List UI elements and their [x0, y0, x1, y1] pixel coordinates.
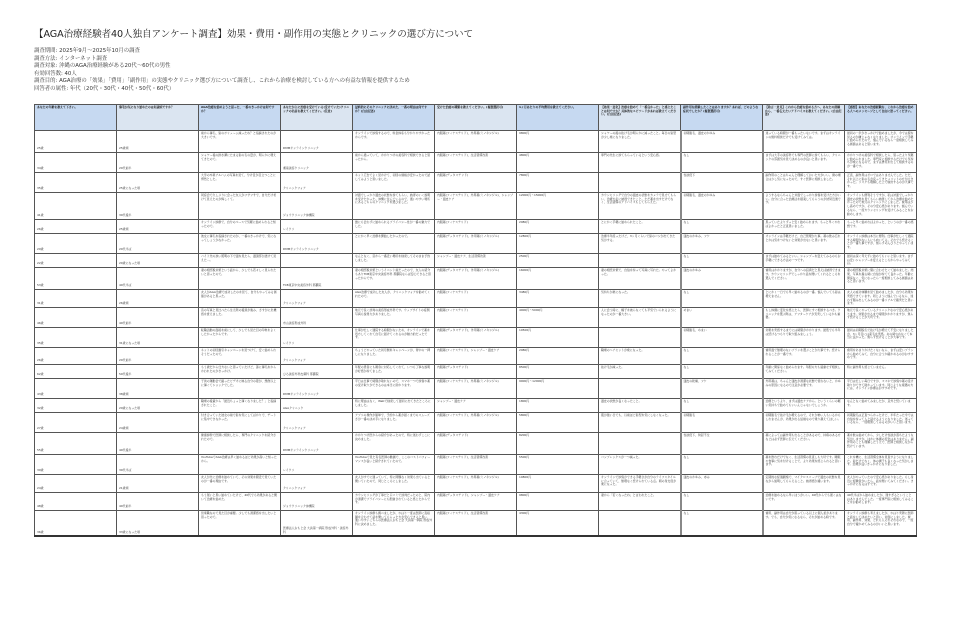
table-cell: 25歳 [35, 131, 117, 153]
table-cell: オンライン診療で、自分のペースで気軽に始められると知ったので。 [199, 220, 281, 234]
table-row: 43歳38歳頃子供の運動会で撮ったビデオに映る自分の姿が、想像以上に薄くてショッ… [35, 378, 917, 398]
table-cell: 31歳になった頃 [117, 327, 199, 347]
table-cell: 9800円 [517, 131, 599, 153]
table-cell: 費用面で無理のないプランを選ぶことが大事です。続けられることが一番です。 [763, 347, 845, 364]
table-cell: 友人がやっていたので安心感がありました。もし身近に経験者がいたら、話を聞いてみて… [845, 474, 917, 492]
table-cell: とにかく早く治療を開始したかったので。 [353, 234, 435, 254]
table-cell: バイト先の狭い照明の下で頭を見たら、頭頂部が透けて見えた…。 [199, 254, 281, 268]
table-cell: なし [681, 290, 763, 308]
table-cell: もう遅いと思い始めていたけど、40代でも効果があると聞いて治療を始めた。 [199, 492, 281, 510]
table-cell: 26歳 [35, 347, 117, 364]
table-cell: 32歳 [35, 398, 117, 412]
table-cell: 10500円 [517, 327, 599, 347]
table-cell: 前から薄毛、髪のボリューム減ったね？と指摘されたのが大きいです。 [199, 131, 281, 153]
table-cell: シャンプー・頭皮ケア、生活習慣改善 [435, 254, 517, 268]
table-cell: 治療というより、まずは頭皮ケアから。というくらいの軽い気持ちで始めてもいいんじゃ… [763, 398, 845, 412]
table-cell: DMMオンラインクリニック [281, 234, 353, 254]
table-cell: 5500円 [517, 454, 599, 474]
table-row: 46歳40代前半昔の写真と見比べたら生え際の後退が進み、さすがに危機感を覚えまし… [35, 307, 917, 327]
table-cell: 内服薬(フィナステリド)、外用薬(ミノキシジル) [435, 412, 517, 432]
table-cell: 営業職なので見た目が重要。少しでも清潔感を出したいと思ったので。 [199, 510, 281, 536]
table-cell: 内服薬(フィナステリド)、生活習慣改善 [435, 153, 517, 173]
table-cell: 39歳 [35, 454, 117, 474]
table-row: 22歳20歳になった頃バイト先の狭い照明の下で頭を見たら、頭頂部が透けて見えた…… [35, 254, 917, 268]
table-cell: 年配の患者にも親身に対応してくれて、いつも丁寧な説明が好感が持てました。 [353, 364, 435, 378]
table-row: 25歳25歳頃前から薄毛、髪のボリューム減ったね？と指摘されたのが大きいです。D… [35, 131, 917, 153]
table-cell: 46歳 [35, 307, 117, 327]
table-cell: AGA治療で成功した友人が、クリニックフォアを勧めてくれたので。 [353, 290, 435, 308]
table-cell: 専門の先生に診てもらっているという安心感。 [599, 153, 681, 173]
table-cell: 内服薬(フィナステリド)、シャンプー・頭皮ケア [435, 347, 517, 364]
table-cell: オンラインで診察ができる手軽さが自分のライフスタイルに合っていて、無理なく続けら… [599, 474, 681, 492]
table-cell: 8500円 [517, 364, 599, 378]
table-cell: なし [681, 510, 763, 536]
table-cell: 友人がAGA治療で成功したのを見て、自分もやってみる価値があると思った。 [199, 290, 281, 308]
table-cell: シャンプー・頭皮ケア [435, 398, 517, 412]
table-cell: クリニックフォア [281, 290, 353, 308]
table-cell: 最初は深く考えずに始めてもいいと思います。まずは安いシャンプーを変えるところから… [845, 254, 917, 268]
table-cell: オンライン診療は本当に便利。仕事が忙しくて通院する時間がない人にも向いてる。それ… [845, 234, 917, 254]
table-cell: 24歳 [35, 474, 117, 492]
table-cell: 8200円 [517, 432, 599, 454]
table-cell: 24歳頃 [117, 412, 199, 432]
table-cell: 25歳頃 [117, 131, 199, 153]
table-cell: 53歳 [35, 268, 117, 290]
table-cell: 初期脱毛 [681, 412, 763, 432]
table-cell: なし [681, 492, 763, 510]
table-cell: なし [681, 347, 763, 364]
table-cell: 20代前半 [117, 153, 199, 173]
table-cell: オンラインも便利そうですが、私は対面でしっかり頭皮の状態を見てもらい納得してから… [845, 193, 917, 220]
table-cell: 9800円 [517, 492, 599, 510]
table-row: 53歳40代半ば妻の相続税対策という話から、少しでも若々しく見られたいと思ったの… [35, 268, 917, 290]
table-cell: 治療半年経ったけど、3ヶ月くらいで髪のコシが出てきた気がする。 [599, 234, 681, 254]
table-cell: 20代前半 [117, 347, 199, 364]
column-header: 最終的にそのクリニックに決めた、一番の理由は何ですか？(自由記述) [353, 105, 435, 131]
table-cell: 4000円～5000円 [517, 307, 599, 327]
table-cell: ネットの初回割引キャンペーンを見つけて、安く始められそうだったので。 [199, 347, 281, 364]
table-cell: 付き合っていた彼女の前で髪を気にしてばかりで、デートに集中できなかった。 [199, 412, 281, 432]
table-cell: 48歳 [35, 492, 117, 510]
table-cell: 思っていたよりずっと安く始められます。もっと早くやればよかったと正直思いました。 [763, 220, 845, 234]
table-cell: 4300円 [517, 510, 599, 536]
table-cell: 内服薬(デュタステリド) [435, 173, 517, 193]
table-cell: 40代半ば [117, 268, 199, 290]
table-row: 24歳21歳頃友人が先に治療を始めていて、その効果を間近で見ていたのが一番の理由… [35, 474, 917, 492]
table-cell: 費用、副作用は自分が思っている以上に個人差があります。でも、自分が気になるなら、… [763, 510, 845, 536]
table-cell: 職場のヘアセットが楽になった。 [599, 347, 681, 364]
table-cell: 内服薬(デュタステリド)、外用薬(ミノキシジル) [435, 268, 517, 290]
table-cell: 友人の成功体験を見て始めましたが、自分も効果を実感できています。同じように悩んで… [845, 290, 917, 308]
table-cell: 内服薬(フィナステリド) [435, 290, 517, 308]
table-cell: 内服薬(フィナステリド)、外用薬(ミノキシジル) [435, 131, 517, 153]
table-cell: 対面でしっかり頭皮の状態を診てもらい、納得のいく説明を受けたかった。沖縄に住んで… [353, 193, 435, 220]
table-row: 27歳24歳頃付き合っていた彼女の前で髪を気にしてばかりで、デートに集中できなか… [35, 412, 917, 432]
table-cell: 定期的な経過観察で、マイクロスコープで頭皮の状態を見ながら説明してもらえること。… [763, 474, 845, 492]
table-cell: 40代後半 [117, 432, 199, 454]
table-row: 39歳30代半ばYouTubeでAGA治療は早く始めるほど効果が高いと知ったから… [35, 454, 917, 474]
table-cell: ネット広告でよく見かけて、初回の価格が安かったので試してみようと思いました。 [353, 173, 435, 193]
table-row: 36歳33歳になった頃営業職なので見た目が重要。少しでも清潔感を出したいと思った… [35, 510, 917, 536]
table-cell: 人に会う時に、帽子を被らなくても平気でいられるようになったのが一番大きい。 [599, 307, 681, 327]
page-title: 【AGA治療経験者40人独自アンケート調査】効果・費用・副作用の実態とクリニック… [34, 26, 473, 40]
table-cell: 性欲低下、勃起不全 [681, 432, 763, 454]
table-row: 41歳30代後半同窓会で久しぶりに会った友人がフサフサで、自分だけ老けて見えたの… [35, 193, 917, 220]
table-cell: 62歳 [35, 364, 117, 378]
table-cell: 35歳 [35, 327, 117, 347]
table-cell: オンラインは手軽だけど、自己管理が大事。薬の飲み忘れとかは気をつけないと効果が出… [763, 234, 845, 254]
table-row: 31歳26歳頃友人がAGA治療で成功したのを見て、自分もやってみる価値があると思… [35, 290, 917, 308]
table-cell: もし体調に変化を感じたら、医師にすぐ相談するべき。クリニックを選ぶ際は、アフター… [763, 307, 845, 327]
column-header: あなたが主に治療を受けている(受けていた)クリニックの名前を教えてください。(任… [281, 105, 353, 131]
table-cell: カウンセリングで自分の頭皮の状態をカメラで見せてもらい、治療方針に納得できたこと… [599, 193, 681, 220]
table-cell: もう歳だから仕方ないと思っていたけど、孫に薄毛をからかわれたのがきっかけ。 [199, 364, 281, 378]
table-row: 35歳31歳になった頃転職活動の面接を前にして、少しでも見た目の印象をよくしたか… [35, 327, 917, 347]
table-cell: これを機に、生活習慣全体を見直すようになりました。髪だけでなく、体の調子も良くな… [845, 454, 917, 474]
table-cell: AGAクリニック [281, 398, 353, 412]
table-cell: 内服薬(フィナステリド)、生活習慣改善 [435, 454, 517, 474]
table-cell: YouTubeでAGA治療は早く始めるほど効果が高いと知ったから。 [199, 454, 281, 474]
table-cell: 12000円～15000円 [517, 193, 599, 220]
table-cell: 湘南美容クリニック [281, 153, 353, 173]
table-cell: 内服薬(デュタステリド) [435, 432, 517, 454]
table-cell: 特に副作用も感じていません。 [845, 364, 917, 378]
table-cell: 29歳 [35, 234, 117, 254]
table-cell: 12800円 [517, 234, 599, 254]
table-cell: 風が強い日でも、以前ほど髪型を気にしなくなった。 [599, 412, 681, 432]
table-cell: オンライン診療も調べましたが、やはり一度は医師に直接顔を合わせて話を聞いてもらっ… [353, 510, 435, 536]
table-cell: 大学の卒業アルバムの写真を見て、分け目が目立つことに愕然とした。 [199, 173, 281, 193]
column-header: 【感想】あなたの治療経験を、これから治療を始める人へのメッセージとして自由に語っ… [845, 105, 917, 131]
table-row: 55歳40代後半健康診断で医師に相談したら、専門のクリニックを紹介されたので。D… [35, 432, 917, 454]
table-cell: 27歳 [35, 412, 117, 432]
table-cell: 36歳 [35, 510, 117, 536]
table-cell: 仕事が忙しく通院する時間がないため、オンラインで薬を処方してくれて自宅に届けてく… [353, 327, 435, 347]
table-cell: 内服薬(フィナステリド)、外用薬(ミノキシジル) [435, 474, 517, 492]
table-cell: 誰にも会わずに始められるプライバシー性が一番の魅力でした。 [353, 220, 435, 234]
table-cell: 転職活動の面接を前にして、少しでも見た目の印象をよくしたかったからです。 [199, 327, 281, 347]
table-cell: 50代後半 [117, 364, 199, 378]
table-cell: 初期脱毛で抜け毛が増えるので、それが怖い人もいるかもしれませんが、効果が出る証拠… [763, 412, 845, 432]
table-cell: 頭皮のかゆみ、フケ [681, 234, 763, 254]
survey-purpose: 調査目的: AGA治療の「効果」「費用」「副作用」の実態やクリニック選び方につい… [34, 78, 410, 86]
table-cell: なし [681, 220, 763, 234]
table-cell: なんとなく始めてみましたが、意外と続いています。 [845, 398, 917, 412]
table-cell: 30代半ば [117, 454, 199, 474]
table-cell: なし [681, 454, 763, 474]
table-cell: 2500円 [517, 254, 599, 268]
table-cell: 地元で長く評判の美容形成外科です。ウェブサイトの症例写真も説得力がありました。 [353, 307, 435, 327]
table-cell: 薬を飲み始めてから、少しだけ性欲が落ちたような気がしますが、ほかに体調の変化はあ… [845, 432, 917, 454]
table-cell [599, 432, 681, 454]
table-cell: 25歳になった頃 [117, 173, 199, 193]
table-cell: 地元で長くやっているクリニックなので安心感があります。効果が出るまで時間がかかり… [845, 307, 917, 327]
table-cell: 55歳 [35, 432, 117, 454]
table-cell: 性欲低下 [681, 173, 763, 193]
table-cell: 内服薬(デュタステリド)、外用薬(ミノキシジル) [435, 234, 517, 254]
table-row: 29歳20代半ば彼女に薄毛を指摘されたのが、一番のきっかけで、気になってしょうが… [35, 234, 917, 254]
table-cell [599, 378, 681, 398]
table-cell: 内服薬(フィナステリド)、外用薬(ミノキシジル)、シャンプー・頭皮ケア [435, 193, 517, 220]
table-cell: 外用薬は、ちゃんと頭皮が清潔な状態で使わないと、かゆみの原因になるので注意が必要… [763, 378, 845, 398]
table-cell: 2980円 [517, 220, 599, 234]
table-cell: 妻の相続対策で、自信を持って写真に写れた。やってよかった。 [599, 268, 681, 290]
survey-overview: 調査期間: 2025年9月～2025年10月の調査 調査方法: インターネット調… [34, 48, 410, 94]
table-cell: クリニックフォア [281, 173, 353, 193]
table-cell: 副作用のことはちゃんと理解しておいた方がいい。僕の場合は少し気になったので、すぐ… [763, 173, 845, 193]
table-cell: ジョウクリニック沖縄院 [281, 193, 353, 220]
table-cell: 内服薬(フィナステリド)、生活習慣改善 [435, 510, 517, 536]
table-cell: 3480円 [517, 290, 599, 308]
table-cell: 2980円 [517, 347, 599, 364]
table-cell: 特に理由はなく、Webで検索して最初に出てきたところにしました。 [353, 398, 435, 412]
table-cell: 5800円 [517, 412, 599, 432]
table-cell: 治療を始めるなら早いほうがいい。40代からでも遅くはないです。 [763, 492, 845, 510]
table-cell: 頭皮のかゆみ、赤み [681, 474, 763, 492]
table-row: 26歳20代前半ネットの初回割引キャンペーンを見つけて、安く始められそうだったの… [35, 347, 917, 364]
table-cell: 34歳 [35, 153, 117, 173]
table-cell: 健康診断で医師に相談したら、専門のクリニックを紹介されたので。 [199, 432, 281, 454]
table-cell: 43歳 [35, 378, 117, 398]
table-cell: DMMオンラインクリニック [281, 378, 353, 398]
column-header: 【効果・変化】治療を始めて「一番良かった」と感じたことは何ですか？具体的なエピソ… [599, 105, 681, 131]
table-cell: レイクリ [281, 327, 353, 347]
column-header: 副作用を経験したことはありますか？あれば、どのような症状でしたか？(複数選択可) [681, 105, 763, 131]
survey-period: 調査期間: 2025年9月～2025年10月の調査 [34, 48, 410, 56]
table-cell: DMMオンラインクリニック [281, 131, 353, 153]
table-cell: 妻の相続税対策という話から、少しでも若々しく見られたいと思ったので。 [199, 268, 281, 290]
table-cell: 平日は仕事で時間が取れないので、スマホ一つで診察や薬の受け取りができるのは本当に… [353, 378, 435, 398]
table-cell: 40代半ばから始めましたが、遅すぎるということはありませんでした。一度専門家に相… [845, 492, 917, 510]
table-cell: 頭皮の状態が良くなったこと。 [599, 398, 681, 412]
table-row: 34歳20代前半シャワー後の排水溝にたまる髪の毛の量が、明らかに増えてきたので。… [35, 153, 917, 173]
table-cell: クリニックフォア [281, 412, 353, 432]
table-cell [281, 254, 353, 268]
table-cell: 迷っている時間が一番もったいないです。まずはオンラインの無料相談だけでも受けてみ… [763, 131, 845, 153]
table-cell: 初期脱毛、頭皮のかゆみ [681, 193, 763, 220]
table-row: 35歳25歳になった頃大学の卒業アルバムの写真を見て、分け目が目立つことに愕然と… [35, 173, 917, 193]
table-cell: かかりつけの美容科で相談したら、思ったより気軽に始められました。専門家に相談する… [845, 153, 917, 173]
table-cell: なし [681, 364, 763, 378]
table-cell: 40代前半 [117, 492, 199, 510]
table-cell: オンライン診療も考えましたが、やはり実際に医師と話をして決めたいと思い、対面にし… [845, 510, 917, 536]
table-cell: レイクリ [281, 220, 353, 234]
table-cell: クリニックフォア [281, 474, 353, 492]
table-cell [599, 254, 681, 268]
table-cell: シャワーの後の抜け毛が明らかに減ったこと。毎日の髪型が少し楽になりました。 [599, 131, 681, 153]
table-cell: 子供の運動会で撮ったビデオに映る自分の姿が、想像以上に薄くてショックでした。 [199, 378, 281, 398]
table-cell: 4800円 [517, 153, 599, 173]
table-cell: アプリの操作が簡単で、予約から薬が届くまでのスムーズさが一番の決め手になりました… [353, 412, 435, 432]
table-cell: 前から通っていて、かかりつけの美容科で相談できると思ったから。 [353, 153, 435, 173]
table-cell: 内服薬(デュタステリド)、外用薬(ミノキシジル) [435, 327, 517, 347]
table-cell: 29歳になった頃 [117, 398, 199, 412]
table-cell: 気持ちが楽になった。 [599, 290, 681, 308]
table-cell: まずは始めてみるといい。シャンプーを変えてみるのもお手軽にできる方法の一つです。 [763, 254, 845, 268]
table-row: 48歳40代前半もう遅いと思い始めていたけど、40代でも効果があると聞いて治療を… [35, 492, 917, 510]
table-cell: YouTubeで見た有名医師の動画で、ここのコストパフォーマンスが良いと紹介され… [353, 454, 435, 474]
table-cell: シャワー後の排水溝にたまる髪の毛の量が、明らかに増えてきたので。 [199, 153, 281, 173]
table-cell: 抜け毛が減った。 [599, 364, 681, 378]
table-cell: 25歳頃 [117, 220, 199, 234]
table-cell [599, 327, 681, 347]
table-row: 26歳25歳頃オンライン診療で、自分のペースで気軽に始められると知ったので。レイ… [35, 220, 917, 234]
table-cell: DMMオンラインクリニック [281, 432, 353, 454]
column-header: 受けた治療の種類を教えてください。(複数選択可) [435, 105, 517, 131]
table-cell [599, 510, 681, 536]
survey-results-table: あなたの年齢を教えて下さい。薄毛が気になり始めたのは何歳頃ですか？AGA治療を始… [34, 104, 917, 537]
table-cell: まずは大手の美容科でも専門の医師に診てもらい、クリニックの雰囲気を見て決めるのが… [763, 153, 845, 173]
table-row: 62歳50代後半もう歳だから仕方ないと思っていたけど、孫に薄毛をからかわれたのが… [35, 364, 917, 378]
table-cell: 同窓会で久しぶりに会った友人がフサフサで、自分だけ老けて見えたのが悔しくて。 [199, 193, 281, 220]
table-cell: 年齢に関係なく始められます。年配の方も遠慮せず相談してみてください。 [763, 364, 845, 378]
table-cell: 妻の相続税対策というイベント前だったので、友人の紹介もありTCB東京中央美容外科… [353, 268, 435, 290]
table-cell: めまい [681, 307, 763, 327]
table-cell: 40代前半 [117, 307, 199, 327]
table-cell: なし [681, 254, 763, 268]
table-cell: なんとなく、昔から一番近い場所を検索してそのまま予約しました。 [353, 254, 435, 268]
table-cell: 26歳 [35, 220, 117, 234]
table-cell: 薬によっては副作用も出ることがあるので、持病のある方などは必ず医師に伝えてくださ… [763, 432, 845, 454]
column-header: 薄毛が気になり始めたのは何歳頃ですか？ [117, 105, 199, 131]
table-cell: 21歳頃 [117, 474, 199, 492]
table-cell: 妻から「若くなったね」と言われたこと。 [599, 492, 681, 510]
table-cell: なし [681, 398, 763, 412]
table-cell: クリニックフォア [281, 347, 353, 364]
table-cell: 医療法人おもと会 大浜第一病院 形成外科・美容外科 [281, 510, 353, 536]
table-cell: 7800円 [517, 173, 599, 193]
table-cell: 16000円 [517, 268, 599, 290]
table-cell: 市山美容形成外科 [281, 307, 353, 327]
table-cell: なし [681, 153, 763, 173]
table-cell: 最初の一歩がきっかけで始めましたが、今では鏡を見るのが嫌じゃなくなりました。オン… [845, 131, 917, 153]
table-cell: 41歳 [35, 193, 117, 220]
table-cell: ようするならちゃんと対面でしっかり診察を受けた方がいい。自分に合った治療法を提案… [763, 193, 845, 220]
table-cell: ジョウクリニック沖縄院 [281, 492, 353, 510]
table-cell: 初期脱毛、めまい [681, 327, 763, 347]
table-cell: 妻の相続税対策に間に合わせたくて始めました。結果、写真を撮る時に自信が持てて良か… [845, 268, 917, 290]
table-cell: カウンセリングが丁寧だと口コミで評判だったのと、院内が清潔でプライバシーにも配慮… [353, 492, 435, 510]
column-header: 【助言・意見】これから治療を始める方へ、あなたの経験から、一番伝えたいアドバイス… [763, 105, 845, 131]
table-cell: 内服薬(デュタステリド)、シャンプー・頭皮ケア [435, 492, 517, 510]
table-cell: 38歳頃 [117, 378, 199, 398]
table-cell: ちょうどやっていた初月無料キャンペーンが、背中の一押しになりました。 [353, 347, 435, 364]
table-cell: もっと早く始めればよかった、というのが一番の感想です。 [845, 220, 917, 234]
table-cell: 彼女に薄毛を指摘されたのが、一番のきっかけで、気になってしょうがなかった。 [199, 234, 281, 254]
table-cell [599, 173, 681, 193]
column-header: 1ヶ月あたりの平均費用を教えてください。 [517, 105, 599, 131]
table-cell: 内服薬(デュタステリド) [435, 364, 517, 378]
table-cell: コンプレックスが一つ減った。 [599, 454, 681, 474]
table-cell: かかりつけ医からの紹介があったので、特に迷わずここに決めました。 [353, 432, 435, 454]
table-cell: 内服薬(フィナステリド) [435, 220, 517, 234]
column-header: あなたの年齢を教えて下さい。 [35, 105, 117, 131]
table-cell: 費用をあまりかけたくないなら、まずは安いプランから始めてみて、自分に合うか確かめ… [845, 347, 917, 364]
table-cell: 薬を飲むだけでなく、生活習慣の見直しも大切です。睡眠や食事に気を付けることで、よ… [763, 454, 845, 474]
table-cell: 頭皮のかゆみ [681, 268, 763, 290]
table-cell: 効果を実感するまでには時間がかかります。最低でも半年は続けるつもりで取り組みまし… [763, 327, 845, 347]
table-cell: 最初は初期脱毛で抜け毛が増えて不安になりましたが、3ヶ月目には産毛を実感。あの時… [845, 327, 917, 347]
table-cell: とにかく一日でも早く始めるのが一番。悩んでいても髪は増えません。 [763, 290, 845, 308]
table-cell: 内服薬(フィナステリド)、外用薬(ミノキシジル) [435, 378, 517, 398]
table-cell: 平日は忙しい毎日ですが、スマホで診察や薬の受け取りができて助かっています。同じよ… [845, 378, 917, 398]
table-cell: レイクリ [281, 454, 353, 474]
survey-target: 調査対象: 沖縄のAGA治療経験がある20代～60代の男性 [34, 63, 410, 71]
table-cell: 内服薬(フィナステリド) [435, 307, 517, 327]
table-cell: 正直、副作用はゼロではありませんでした。ただ、それ以上に髪の毛が戻ってきたメリッ… [845, 173, 917, 193]
respondent-attributes: 回答者の属性: 年代（20代・30代・40代・50代・60代） [34, 86, 410, 94]
table-cell: 20代半ば [117, 234, 199, 254]
table-cell: 初期脱毛は正直つらかったけど、半年たった今では自信を持って人と話せるようになりま… [845, 412, 917, 432]
table-cell: TCB東京中央美容外科 那覇院 [281, 268, 353, 290]
table-cell: 22歳 [35, 254, 117, 268]
table-cell: 31歳 [35, 290, 117, 308]
table-cell: 友人がすでに通っていて、特に問題なく効果も出ていると聞いていたので、同じところに… [353, 474, 435, 492]
table-header-row: あなたの年齢を教えて下さい。薄毛が気になり始めたのは何歳頃ですか？AGA治療を始… [35, 105, 917, 131]
table-cell: 職場の後輩から「最近ちょっと薄くなりました？」と指摘されたこと。 [199, 398, 281, 412]
table-cell: 頭皮の乾燥、フケ [681, 378, 763, 398]
table-cell: 昔の写真と見比べたら生え際の後退が進み、さすがに危機感を覚えました。 [199, 307, 281, 327]
table-cell: 友人が先に治療を始めていて、その効果を間近で見ていたのが一番の理由です。 [199, 474, 281, 492]
table-cell: 35歳 [35, 173, 117, 193]
table-cell: 9000円～12000円 [517, 378, 599, 398]
table-cell: オンラインで診察するので、料金体系も分かりやすかったからです。 [353, 131, 435, 153]
table-cell: 26歳頃 [117, 290, 199, 308]
table-cell: 20歳になった頃 [117, 254, 199, 268]
table-cell: とにかく手軽に始められたこと。 [599, 220, 681, 234]
table-cell: 初期脱毛、頭皮のかゆみ [681, 131, 763, 153]
table-cell: 費用はかかりますが、自分への投資だと思えば納得できます。カウンセリングでしっかり… [763, 268, 845, 290]
table-cell: 33歳になった頃 [117, 510, 199, 536]
column-header: AGA治療を始めようと思った、一番のきっかけは何ですか？ [199, 105, 281, 131]
table-cell: 10800円 [517, 474, 599, 492]
table-row: 32歳29歳になった頃職場の後輩から「最近ちょっと薄くなりました？」と指摘された… [35, 398, 917, 412]
table-cell: 30代後半 [117, 193, 199, 220]
table-cell: ひろ美容外科皮膚科 那覇院 [281, 364, 353, 378]
table-cell: 1800円 [517, 398, 599, 412]
